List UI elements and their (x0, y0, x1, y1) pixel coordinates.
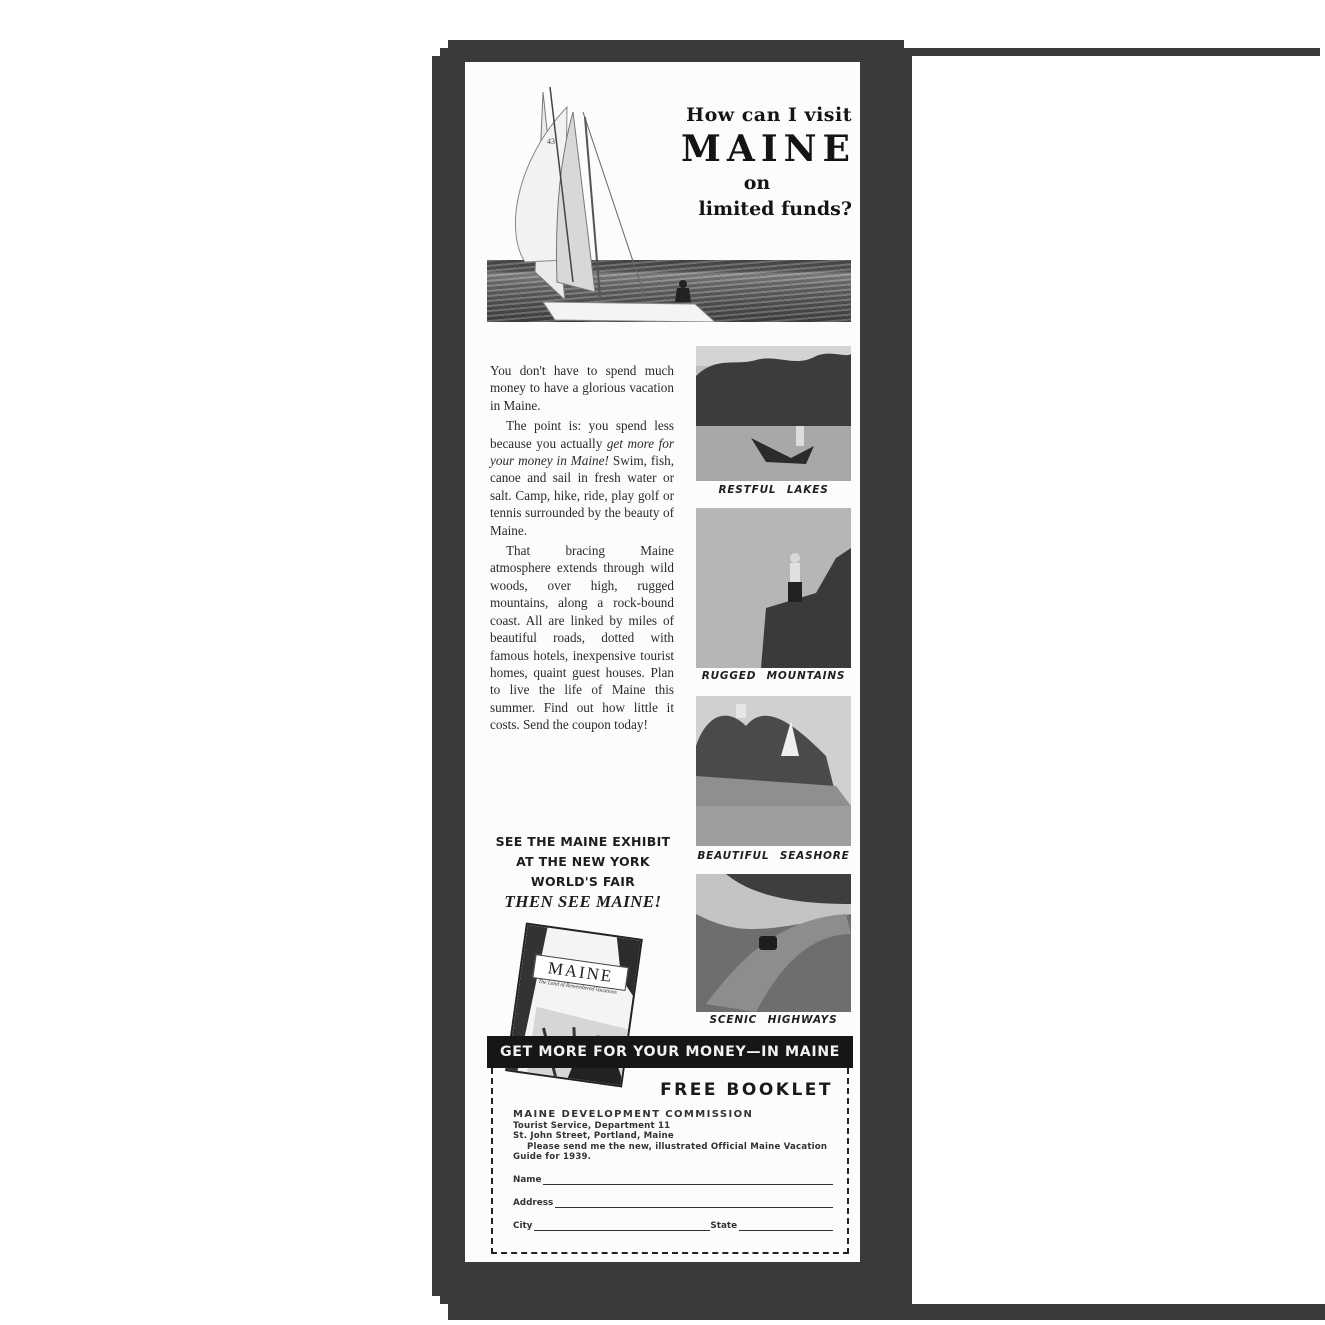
coupon-address-line1: Tourist Service, Department 11 (513, 1121, 833, 1131)
body-paragraph-1: You don't have to spend much money to ha… (490, 362, 674, 414)
caption-restful-lakes: RESTFUL LAKES (696, 484, 851, 496)
coupon-organization: MAINE DEVELOPMENT COMMISSION (513, 1108, 833, 1121)
exhibit-line2: AT THE NEW YORK (485, 852, 681, 872)
frame-bottom-step (440, 1296, 912, 1304)
coupon-body: MAINE DEVELOPMENT COMMISSION Tourist Ser… (513, 1108, 833, 1231)
caption-scenic-highways: SCENIC HIGHWAYS (696, 1014, 851, 1026)
name-field[interactable]: Name (513, 1175, 833, 1185)
slogan-banner: GET MORE FOR YOUR MONEY—IN MAINE (487, 1036, 853, 1068)
body-paragraph-2: The point is: you spend less because you… (490, 417, 674, 539)
coupon-request-text: Please send me the new, illustrated Offi… (513, 1142, 833, 1162)
exhibit-line1: SEE THE MAINE EXHIBIT (485, 832, 681, 852)
coupon-address-line2: St. John Street, Portland, Maine (513, 1131, 833, 1141)
photo-beautiful-seashore (696, 696, 851, 846)
advertisement-page: 43 How can I visit MAINE on limited fund… (465, 62, 860, 1262)
headline-line1: How can I visit (632, 102, 852, 128)
state-label: State (710, 1221, 737, 1231)
city-label: City (513, 1221, 532, 1231)
exhibit-line3: WORLD'S FAIR (485, 872, 681, 892)
frame-top-step-2 (440, 48, 912, 56)
city-state-field[interactable]: City State (513, 1221, 833, 1231)
headline-maine: MAINE (632, 128, 856, 170)
address-label: Address (513, 1198, 553, 1208)
frame-top-step (448, 40, 904, 48)
name-input-line[interactable] (543, 1176, 833, 1185)
address-input-line[interactable] (555, 1199, 833, 1208)
photo-scenic-highways (696, 874, 851, 1012)
exhibit-tagline: THEN SEE MAINE! (485, 892, 681, 912)
right-top-bar (904, 48, 1320, 56)
svg-text:43: 43 (547, 137, 555, 146)
headline: How can I visit MAINE on limited funds? (632, 102, 852, 222)
headline-line4: limited funds? (632, 196, 852, 222)
mail-in-coupon[interactable]: FREE BOOKLET MAINE DEVELOPMENT COMMISSIO… (491, 1068, 849, 1254)
body-copy: You don't have to spend much money to ha… (490, 362, 674, 737)
name-label: Name (513, 1175, 541, 1185)
frame-bottom-step-2 (448, 1304, 1325, 1320)
state-input-line[interactable] (739, 1222, 833, 1231)
caption-beautiful-seashore: BEAUTIFUL SEASHORE (696, 850, 851, 862)
coupon-heading: FREE BOOKLET (660, 1080, 833, 1100)
address-field[interactable]: Address (513, 1198, 833, 1208)
caption-rugged-mountains: RUGGED MOUNTAINS (696, 670, 851, 682)
photo-restful-lakes (696, 346, 851, 481)
city-input-line[interactable] (534, 1222, 710, 1231)
worlds-fair-notice: SEE THE MAINE EXHIBIT AT THE NEW YORK WO… (485, 832, 681, 892)
headline-line3: on (632, 170, 852, 196)
photo-rugged-mountains (696, 508, 851, 668)
body-paragraph-3: That bracing Maine atmosphere extends th… (490, 542, 674, 733)
